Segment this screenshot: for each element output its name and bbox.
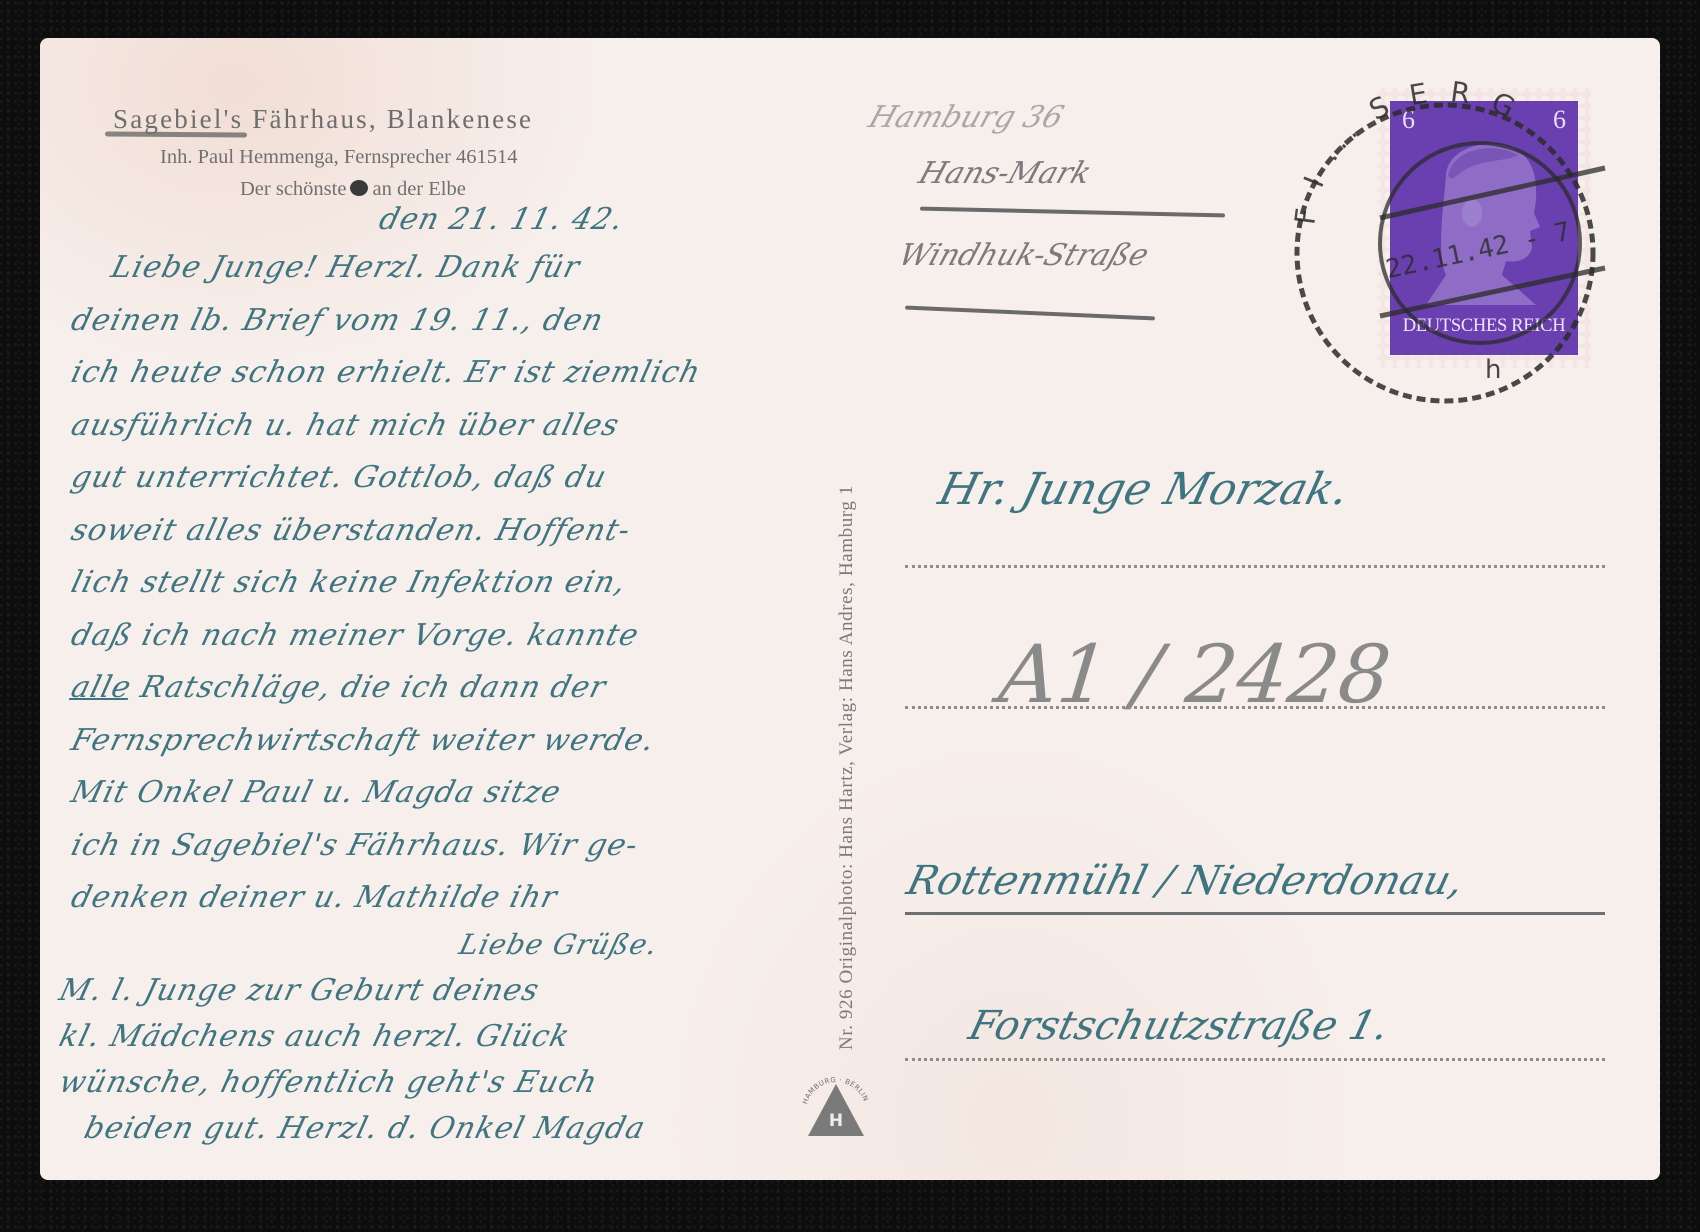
- address-street: Forstschutzstraße 1.: [964, 1003, 1393, 1049]
- address-line-4: [905, 1058, 1605, 1061]
- message-line: daß ich nach meiner Vorge. kannte: [68, 618, 643, 653]
- postcard: Sagebiel's Fährhaus, Blankenese Inh. Pau…: [40, 38, 1660, 1180]
- message-closing: Liebe Grüße.: [456, 928, 662, 961]
- stamp-value-right: 6: [1553, 105, 1566, 135]
- postscript-line: M. l. Junge zur Geburt deines: [56, 973, 544, 1008]
- printed-header-title: Sagebiel's Fährhaus, Blankenese: [113, 104, 533, 135]
- postscript-line: wünsche, hoffentlich geht's Euch: [56, 1065, 602, 1100]
- address-recipient: Hr. Junge Morzak.: [934, 464, 1354, 515]
- message-line: Mit Onkel Paul u. Magda sitze: [68, 775, 565, 810]
- slogan-part1: Der schönste: [240, 178, 346, 200]
- address-line-2: [905, 706, 1605, 709]
- business-name-underlined: Sagebiel's: [113, 104, 243, 134]
- postscript-line: kl. Mädchens auch herzl. Glück: [56, 1019, 574, 1054]
- postage-stamp-design: 6 6 DEUTSCHES REICH: [1390, 101, 1578, 355]
- printed-header-slogan: Der schönstean der Elbe: [240, 178, 466, 201]
- message-line: ich in Sagebiel's Fährhaus. Wir ge-: [68, 828, 642, 863]
- message-line: Liebe Junge! Herzl. Dank für: [108, 250, 584, 285]
- address-line-3: [905, 912, 1605, 915]
- message-line: ich heute schon erhielt. Er ist ziemlich: [68, 355, 705, 390]
- slogan-part2: an der Elbe: [372, 178, 465, 200]
- pencil-underline-1: [920, 207, 1225, 218]
- publisher-logo-icon: HAMBURG · BERLIN H: [798, 1068, 874, 1140]
- stamp-legend: DEUTSCHES REICH: [1390, 316, 1578, 337]
- pencil-underline-2: [905, 306, 1155, 321]
- address-town: Rottenmühl / Niederdonau,: [902, 858, 1468, 904]
- message-line: Fernsprechwirtschaft weiter werde.: [68, 723, 659, 758]
- publisher-imprint: Nr. 926 Originalphoto: Hans Hartz, Verla…: [836, 485, 858, 1050]
- postscript-line: beiden gut. Herzl. d. Onkel Magda: [81, 1111, 650, 1146]
- business-title-rest: Fährhaus, Blankenese: [252, 104, 533, 134]
- message-line: alle Ratschläge, die ich dann der: [68, 670, 610, 705]
- message-date: den 21. 11. 42.: [376, 202, 628, 237]
- printed-header-owner-phone: Inh. Paul Hemmenga, Fernsprecher 461514: [160, 146, 518, 169]
- profile-portrait-icon: [1426, 135, 1556, 305]
- pencil-note-1: Hamburg 36: [864, 100, 1068, 135]
- underlined-word: alle: [68, 670, 136, 705]
- message-line: soweit alles überstanden. Hoffent-: [68, 513, 635, 548]
- ink-blot-icon: [350, 180, 368, 196]
- message-line: lich stellt sich keine Infektion ein,: [68, 565, 630, 600]
- message-line: ausführlich u. hat mich über alles: [68, 408, 624, 443]
- pencil-note-3: Windhuk-Straße: [894, 238, 1153, 273]
- stamp-value-left: 6: [1402, 105, 1415, 135]
- message-line: gut unterrichtet. Gottlob, daß du: [68, 460, 611, 495]
- logo-letter: H: [829, 1111, 843, 1131]
- address-line-1: [905, 565, 1605, 568]
- message-line: denken deiner u. Mathilde ihr: [68, 880, 562, 915]
- pencil-note-2: Hans-Mark: [914, 156, 1095, 191]
- message-line: deinen lb. Brief vom 19. 11., den: [68, 303, 608, 338]
